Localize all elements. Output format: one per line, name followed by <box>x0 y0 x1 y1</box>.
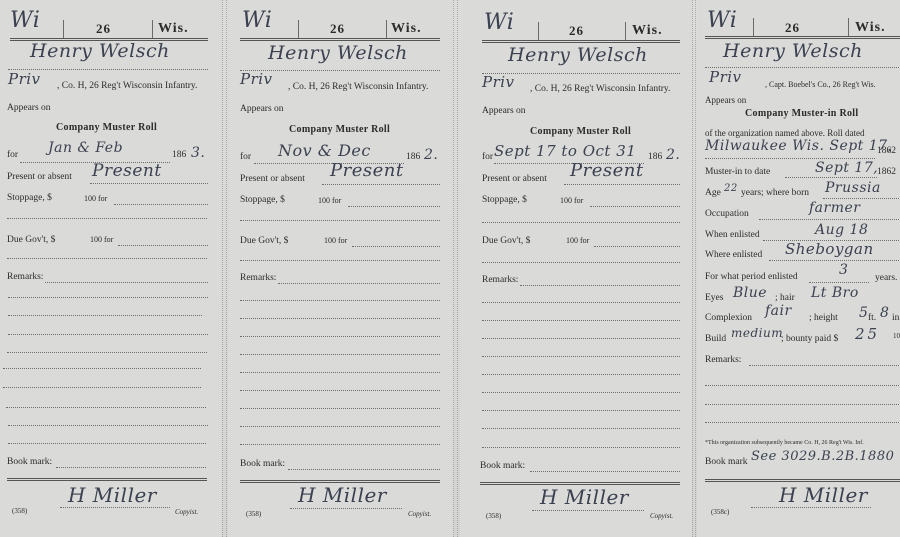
present-line <box>90 183 208 184</box>
muster-label: Muster-in to date <box>705 167 770 177</box>
remarks-line <box>240 318 440 319</box>
remarks-line <box>749 365 900 366</box>
where-enlisted-value: Sheboygan <box>785 240 874 258</box>
state-mark: Wi <box>484 10 514 35</box>
state-abbr: Wis. <box>158 21 189 37</box>
complexion-label: Complexion <box>705 313 752 323</box>
remarks-line <box>8 297 208 298</box>
copyist-label: Copyist. <box>408 510 431 518</box>
remarks-line <box>482 410 680 411</box>
hair-value: Lt Bro <box>811 285 859 301</box>
bookmark-line <box>56 467 206 468</box>
year-prefix: 186 <box>172 150 186 160</box>
eyes-value: Blue <box>733 285 767 301</box>
stoppage-line-2 <box>482 222 680 223</box>
form-number: (358) <box>486 512 501 520</box>
signature-line <box>751 507 871 508</box>
unit-text: , Co. H, 26 Reg't Wisconsin Infantry. <box>288 82 428 92</box>
remarks-line <box>45 282 208 283</box>
occupation-value: farmer <box>809 200 860 216</box>
present-value: Present <box>92 161 162 181</box>
roll-dated-year: 1862 <box>877 146 896 156</box>
header-divider <box>152 20 153 38</box>
remarks-line <box>482 338 680 339</box>
state-abbr: Wis. <box>632 23 663 39</box>
stoppage-label: Stoppage, $ <box>240 195 285 205</box>
stoppage-mid: 100 for <box>560 196 583 205</box>
remarks-line <box>705 404 900 405</box>
due-line <box>594 246 680 247</box>
copyist-signature: H Miller <box>540 485 629 509</box>
present-value: Present <box>330 160 404 181</box>
remarks-line <box>240 372 440 373</box>
remarks-line <box>705 385 900 386</box>
header-divider <box>63 20 64 38</box>
eyes-label: Eyes <box>705 293 723 303</box>
signature-line <box>290 508 402 509</box>
due-line-2 <box>7 258 207 259</box>
rank: Priv <box>709 68 742 86</box>
header-divider <box>625 22 626 40</box>
roll-dated-line <box>705 158 875 159</box>
roll-title: Company Muster-in Roll <box>745 108 858 119</box>
rank: Priv <box>8 70 41 88</box>
soldier-name: Henry Welsch <box>508 44 648 66</box>
period-line <box>809 282 869 283</box>
copyist-signature: H Miller <box>779 483 868 507</box>
remarks-line <box>278 283 440 284</box>
year-suffix: 2. <box>666 147 680 163</box>
appears-on: Appears on <box>705 95 746 105</box>
remarks-line <box>240 408 440 409</box>
stoppage-mid: 100 for <box>84 194 107 203</box>
remarks-line <box>8 425 208 426</box>
born-line <box>823 198 900 199</box>
remarks-line <box>482 392 680 393</box>
stoppage-label: Stoppage, $ <box>482 195 527 205</box>
stoppage-line-2 <box>7 218 207 219</box>
due-line-2 <box>482 262 680 263</box>
card-divider <box>226 0 227 537</box>
muster-value: Sept 17, <box>815 160 878 176</box>
for-label: for <box>482 152 493 162</box>
stoppage-label: Stoppage, $ <box>7 193 52 203</box>
remarks-line <box>482 374 680 375</box>
period-label: For what period enlisted <box>705 272 798 282</box>
state-abbr: Wis. <box>855 20 886 36</box>
signature-line <box>532 510 644 511</box>
due-mid: 100 for <box>324 236 347 245</box>
state-mark: Wi <box>10 8 40 33</box>
year-suffix: 2. <box>424 147 438 163</box>
build-label: Build <box>705 334 726 344</box>
regiment-number: 26 <box>96 21 111 37</box>
bookmark-label: Book mark: <box>480 461 525 471</box>
due-mid: 100 for <box>90 235 113 244</box>
remarks-line <box>8 334 208 335</box>
bookmark-label: Book mark: <box>7 457 52 467</box>
for-label: for <box>7 150 18 160</box>
remarks-line <box>8 315 202 316</box>
soldier-name: Henry Welsch <box>723 40 863 62</box>
copyist-signature: H Miller <box>68 483 157 507</box>
when-enlisted-value: Aug 18 <box>815 222 868 238</box>
due-label: Due Gov't, $ <box>7 235 55 245</box>
complexion-value: fair <box>765 303 792 319</box>
bookmark-line <box>288 469 440 470</box>
card-divider <box>453 0 454 537</box>
remarks-line <box>482 356 680 357</box>
bookmark-label: Book mark: <box>240 459 285 469</box>
regiment-number: 26 <box>330 21 345 37</box>
copyist-label: Copyist. <box>175 508 198 516</box>
stoppage-line-2 <box>240 220 440 221</box>
for-value: Sept 17 to Oct 31 <box>494 142 636 160</box>
due-line <box>118 245 208 246</box>
unit-text: , Co. H, 26 Reg't Wisconsin Infantry. <box>530 84 670 94</box>
form-number: (358) <box>12 507 27 515</box>
ft-label: ft. <box>868 313 876 323</box>
present-label: Present or absent <box>482 174 547 184</box>
roll-title: Company Muster Roll <box>56 122 157 133</box>
rank: Priv <box>240 70 273 88</box>
soldier-name: Henry Welsch <box>268 42 408 64</box>
rank: Priv <box>482 73 515 91</box>
remarks-line <box>482 428 680 429</box>
remarks-label: Remarks: <box>240 273 276 283</box>
remarks-label: Remarks: <box>482 275 518 285</box>
remarks-line <box>705 422 900 423</box>
roll-title: Company Muster Roll <box>530 126 631 137</box>
age-value: 22 <box>724 183 738 194</box>
header-rule <box>240 38 440 41</box>
card-divider <box>457 0 458 537</box>
state-abbr: Wis. <box>391 21 422 37</box>
in-label: in. <box>892 313 900 323</box>
appears-on: Appears on <box>7 103 51 113</box>
form-number: (358) <box>246 510 261 518</box>
remarks-line <box>482 302 680 303</box>
occupation-label: Occupation <box>705 209 749 219</box>
stoppage-mid: 100 for <box>318 196 341 205</box>
appears-on: Appears on <box>482 106 526 116</box>
present-line <box>322 184 440 185</box>
for-value: Jan & Feb <box>48 140 123 156</box>
where-enlisted-line <box>769 260 900 261</box>
due-label: Due Gov't, $ <box>240 236 288 246</box>
present-label: Present or absent <box>240 174 305 184</box>
height-ft: 5 <box>859 305 868 321</box>
bounty-cents: 100 <box>893 332 900 340</box>
bookmark-line <box>530 471 680 472</box>
height-label: ; height <box>809 313 838 323</box>
card-divider <box>692 0 693 537</box>
muster-card-1: Wi 26 Wis. Henry Welsch Priv , Co. H, 26… <box>0 0 222 537</box>
remarks-label: Remarks: <box>7 272 43 282</box>
stoppage-line <box>114 204 208 205</box>
years-born-label: years; where born <box>741 188 809 198</box>
bookmark-value: See 3029.B.2B.1880 <box>751 449 894 464</box>
bounty-label: ; bounty paid $ <box>781 334 838 344</box>
stoppage-line <box>348 206 440 207</box>
remarks-line <box>240 444 440 445</box>
form-number: (358c) <box>711 508 729 516</box>
present-line <box>564 184 680 185</box>
remarks-line <box>482 320 680 321</box>
state-mark: Wi <box>707 8 737 33</box>
for-value: Nov & Dec <box>278 141 371 160</box>
header-divider <box>386 20 387 38</box>
hair-label: ; hair <box>775 293 795 303</box>
soldier-name: Henry Welsch <box>30 40 170 62</box>
card-divider <box>695 0 696 537</box>
year-suffix: 3. <box>191 145 205 161</box>
muster-card-3: Wi 26 Wis. Henry Welsch Priv , Co. H, 26… <box>460 0 692 537</box>
muster-line <box>785 177 877 178</box>
remarks-line <box>3 387 201 388</box>
regiment-number: 26 <box>569 23 584 39</box>
build-value: medium <box>731 326 783 340</box>
where-enlisted-label: Where enlisted <box>705 250 762 260</box>
remarks-line <box>6 407 206 408</box>
due-line-2 <box>240 260 440 261</box>
unit-text: , Capt. Boebel's Co., 26 Reg't Wis. <box>765 80 876 89</box>
unit-text: , Co. H, 26 Reg't Wisconsin Infantry. <box>57 81 197 91</box>
present-label: Present or absent <box>7 172 72 182</box>
header-divider <box>753 18 754 36</box>
height-in: 8 <box>880 305 889 321</box>
roll-title: Company Muster Roll <box>289 124 390 135</box>
remarks-line <box>240 426 440 427</box>
remarks-line <box>7 352 207 353</box>
remarks-line <box>240 354 440 355</box>
due-label: Due Gov't, $ <box>482 236 530 246</box>
born-value: Prussia <box>825 180 881 196</box>
remarks-line <box>3 368 201 369</box>
for-label: for <box>240 152 251 162</box>
occupation-line <box>759 219 900 220</box>
footer-rule <box>705 479 900 482</box>
appears-on: Appears on <box>240 104 284 114</box>
year-prefix: 186 <box>406 152 420 162</box>
due-mid: 100 for <box>566 236 589 245</box>
when-enlisted-label: When enlisted <box>705 230 760 240</box>
signature-line <box>60 507 170 508</box>
period-unit: years. <box>875 273 897 283</box>
remarks-line <box>240 390 440 391</box>
bounty-value: 25 <box>855 325 880 343</box>
present-value: Present <box>570 160 644 181</box>
muster-year: 1862 <box>877 167 896 177</box>
footnote: *This organization subsequently became C… <box>705 440 864 446</box>
header-rule <box>482 40 680 43</box>
copyist-signature: H Miller <box>298 483 387 507</box>
remarks-line <box>482 447 680 448</box>
header-rule <box>705 36 900 39</box>
state-mark: Wi <box>242 8 272 33</box>
bookmark-label: Book mark <box>705 457 747 467</box>
age-label: Age <box>705 188 721 198</box>
remarks-label: Remarks: <box>705 355 741 365</box>
roll-dated-value: Milwaukee Wis. Sept 17, <box>705 138 893 154</box>
footer-rule <box>7 478 207 481</box>
remarks-line <box>240 300 440 301</box>
remarks-line <box>240 336 440 337</box>
card-divider <box>222 0 223 537</box>
copyist-label: Copyist. <box>650 512 673 520</box>
header-divider <box>848 18 849 36</box>
org-text: of the organization named above. Roll da… <box>705 128 865 138</box>
header-divider <box>298 20 299 38</box>
remarks-line <box>520 285 680 286</box>
remarks-line <box>8 443 206 444</box>
header-divider <box>538 22 539 40</box>
due-line <box>352 246 440 247</box>
muster-card-2: Wi 26 Wis. Henry Welsch Priv , Co. H, 26… <box>228 0 453 537</box>
period-value: 3 <box>839 262 848 278</box>
muster-in-card: Wi 26 Wis. Henry Welsch Priv , Capt. Boe… <box>697 0 900 537</box>
stoppage-line <box>590 206 680 207</box>
year-prefix: 186 <box>648 152 662 162</box>
regiment-number: 26 <box>785 20 800 36</box>
